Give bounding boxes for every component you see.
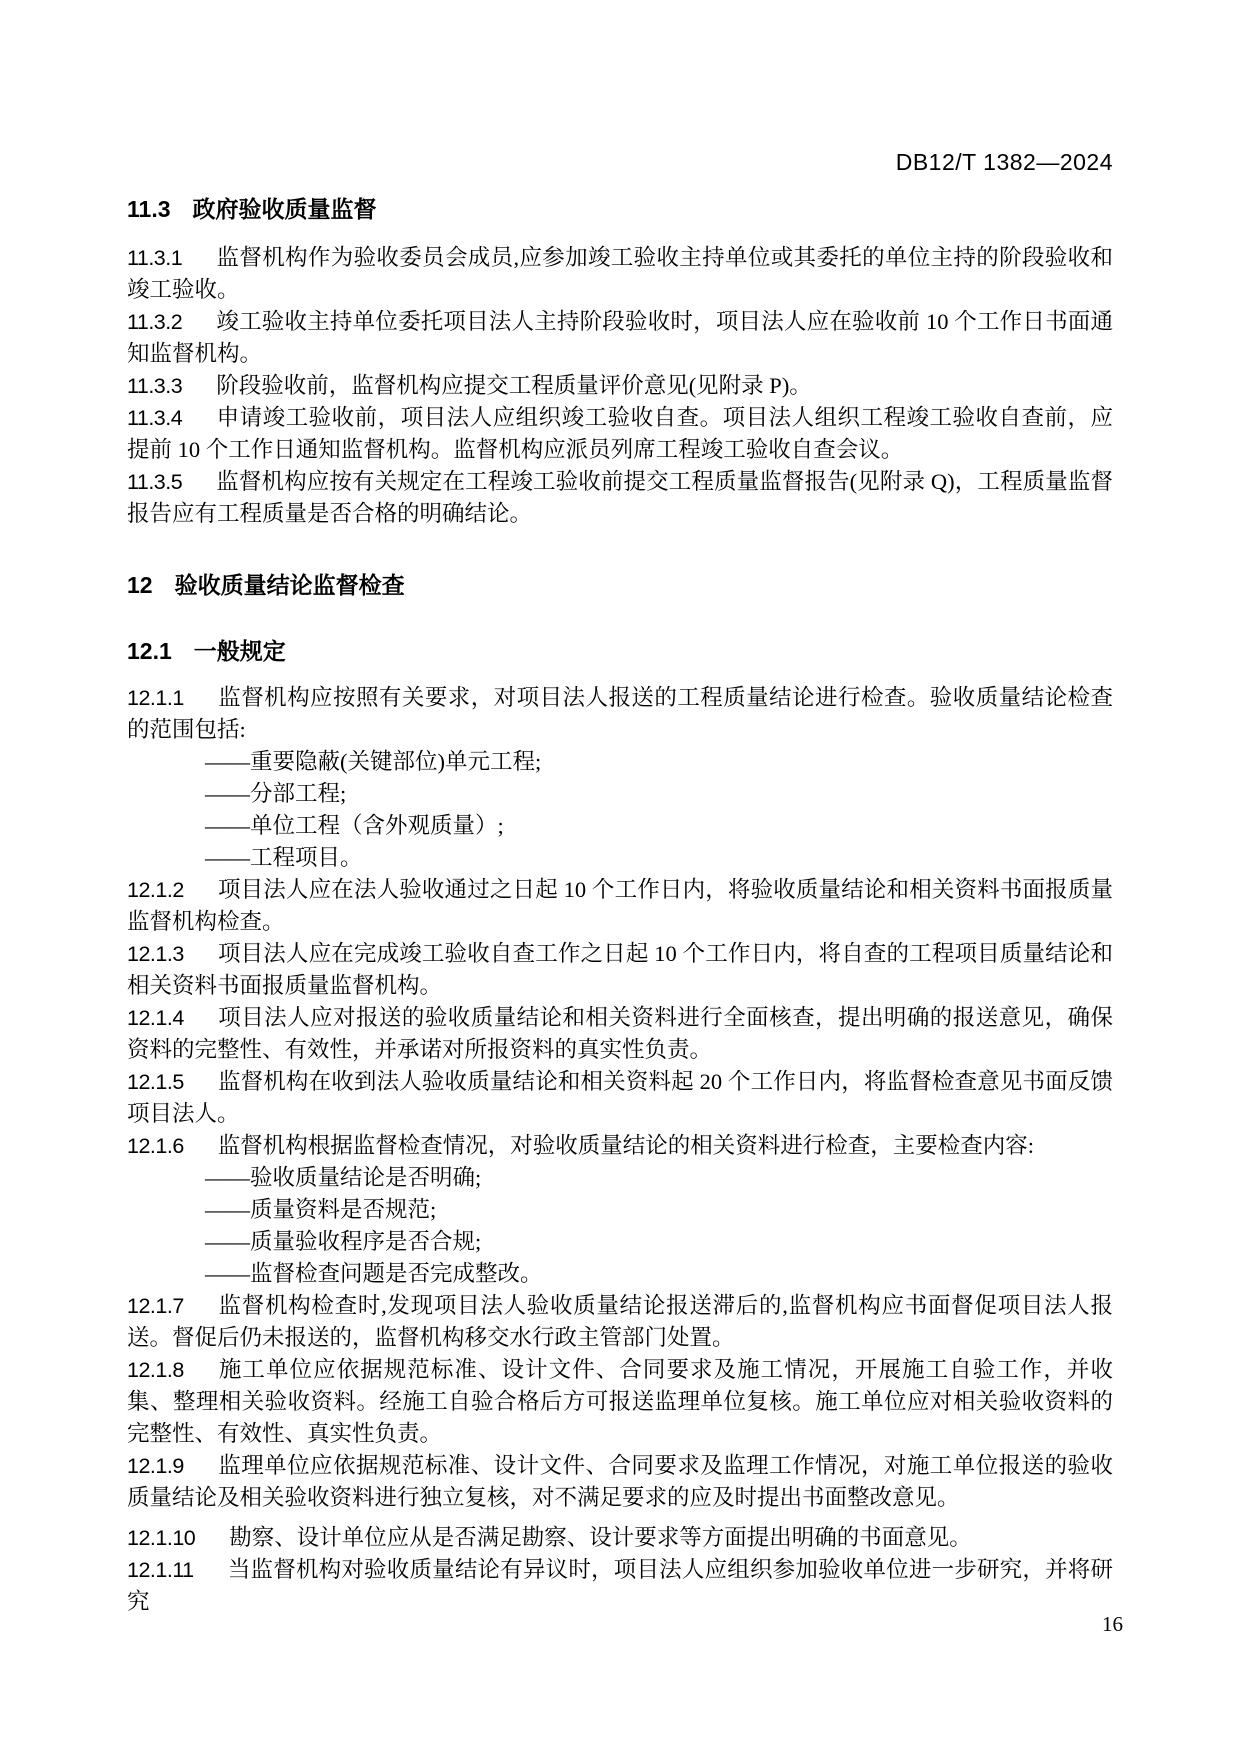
- clause-text: 项目法人应对报送的验收质量结论和相关资料进行全面核查，提出明确的报送意见，确保资…: [127, 1005, 1113, 1062]
- heading-title: 一般规定: [194, 638, 286, 664]
- heading-number: 12.1: [127, 638, 172, 664]
- document-page: DB12/T 1382—2024 11.3政府验收质量监督11.3.1监督机构作…: [0, 0, 1241, 1755]
- document-body: 11.3政府验收质量监督11.3.1监督机构作为验收委员会成员,应参加竣工验收主…: [127, 194, 1113, 1618]
- clause-paragraph: 12.1.1监督机构应按照有关要求，对项目法人报送的工程质量结论进行检查。验收质…: [127, 682, 1113, 746]
- heading-number: 12: [127, 572, 153, 598]
- clause-number: 12.1.4: [127, 1006, 184, 1030]
- section-heading: 11.3政府验收质量监督: [127, 194, 1113, 224]
- clause-number: 11.3.1: [127, 246, 182, 270]
- heading-title: 政府验收质量监督: [193, 196, 377, 222]
- clause-paragraph: 12.1.10勘察、设计单位应从是否满足勘察、设计要求等方面提出明确的书面意见。: [127, 1522, 1113, 1554]
- clause-number: 12.1.8: [127, 1358, 184, 1382]
- clause-number: 12.1.3: [127, 942, 184, 966]
- clause-paragraph: 11.3.4申请竣工验收前，项目法人应组织竣工验收自查。项目法人组织工程竣工验收…: [127, 402, 1113, 466]
- clause-number: 12.1.9: [127, 1454, 184, 1478]
- clause-paragraph: 12.1.7监督机构检查时,发现项目法人验收质量结论报送滞后的,监督机构应书面督…: [127, 1290, 1113, 1354]
- clause-text: 监督机构作为验收委员会成员,应参加竣工验收主持单位或其委托的单位主持的阶段验收和…: [127, 245, 1113, 302]
- clause-paragraph: 11.3.5监督机构应按有关规定在工程竣工验收前提交工程质量监督报告(见附录 Q…: [127, 466, 1113, 530]
- clause-text: 施工单位应依据规范标准、设计文件、合同要求及施工情况，开展施工自验工作，并收集、…: [127, 1357, 1113, 1446]
- clause-paragraph: 12.1.9监理单位应依据规范标准、设计文件、合同要求及监理工作情况，对施工单位…: [127, 1450, 1113, 1514]
- heading-title: 验收质量结论监督检查: [175, 572, 405, 598]
- clause-text: 监督机构检查时,发现项目法人验收质量结论报送滞后的,监督机构应书面督促项目法人报…: [127, 1293, 1113, 1350]
- dash-list-item: ——重要隐蔽(关键部位)单元工程;: [127, 746, 1113, 778]
- dash-list-item: ——验收质量结论是否明确;: [127, 1162, 1113, 1194]
- clause-number: 12.1.1: [127, 686, 184, 710]
- clause-paragraph: 11.3.3阶段验收前，监督机构应提交工程质量评价意见(见附录 P)。: [127, 370, 1113, 402]
- clause-number: 11.3.4: [127, 406, 182, 430]
- clause-text: 竣工验收主持单位委托项目法人主持阶段验收时，项目法人应在验收前 10 个工作日书…: [127, 309, 1113, 366]
- dash-list-item: ——质量资料是否规范;: [127, 1194, 1113, 1226]
- clause-text: 申请竣工验收前，项目法人应组织竣工验收自查。项目法人组织工程竣工验收自查前，应提…: [127, 405, 1113, 462]
- clause-paragraph: 12.1.5监督机构在收到法人验收质量结论和相关资料起 20 个工作日内，将监督…: [127, 1066, 1113, 1130]
- clause-number: 12.1.7: [127, 1294, 184, 1318]
- clause-number: 12.1.5: [127, 1070, 184, 1094]
- section-heading: 12.1一般规定: [127, 636, 1113, 666]
- clause-number: 12.1.6: [127, 1134, 184, 1158]
- clause-paragraph: 11.3.2竣工验收主持单位委托项目法人主持阶段验收时，项目法人应在验收前 10…: [127, 306, 1113, 370]
- clause-number: 12.1.2: [127, 878, 184, 902]
- clause-text: 勘察、设计单位应从是否满足勘察、设计要求等方面提出明确的书面意见。: [229, 1525, 972, 1550]
- dash-list-item: ——工程项目。: [127, 842, 1113, 874]
- clause-paragraph: 12.1.8施工单位应依据规范标准、设计文件、合同要求及施工情况，开展施工自验工…: [127, 1354, 1113, 1450]
- clause-text: 监督机构在收到法人验收质量结论和相关资料起 20 个工作日内，将监督检查意见书面…: [127, 1069, 1113, 1126]
- clause-text: 阶段验收前，监督机构应提交工程质量评价意见(见附录 P)。: [216, 373, 812, 398]
- page-number: 16: [1102, 1612, 1123, 1637]
- clause-text: 项目法人应在完成竣工验收自查工作之日起 10 个工作日内，将自查的工程项目质量结…: [127, 941, 1113, 998]
- clause-paragraph: 12.1.11当监督机构对验收质量结论有异议时，项目法人应组织参加验收单位进一步…: [127, 1554, 1113, 1618]
- clause-number: 12.1.10: [127, 1526, 195, 1550]
- clause-paragraph: 12.1.2项目法人应在法人验收通过之日起 10 个工作日内，将验收质量结论和相…: [127, 874, 1113, 938]
- clause-number: 12.1.11: [127, 1558, 194, 1582]
- dash-list-item: ——单位工程（含外观质量）;: [127, 810, 1113, 842]
- dash-list-item: ——质量验收程序是否合规;: [127, 1226, 1113, 1258]
- dash-list-item: ——分部工程;: [127, 778, 1113, 810]
- clause-paragraph: 12.1.4项目法人应对报送的验收质量结论和相关资料进行全面核查，提出明确的报送…: [127, 1002, 1113, 1066]
- clause-paragraph: 11.3.1监督机构作为验收委员会成员,应参加竣工验收主持单位或其委托的单位主持…: [127, 242, 1113, 306]
- standard-code-header: DB12/T 1382—2024: [127, 150, 1113, 184]
- chapter-heading: 12验收质量结论监督检查: [127, 570, 1113, 600]
- clause-text: 项目法人应在法人验收通过之日起 10 个工作日内，将验收质量结论和相关资料书面报…: [127, 877, 1113, 934]
- clause-text: 监督机构应按照有关要求，对项目法人报送的工程质量结论进行检查。验收质量结论检查的…: [127, 685, 1113, 742]
- clause-number: 11.3.2: [127, 310, 182, 334]
- clause-number: 11.3.3: [127, 374, 182, 398]
- clause-number: 11.3.5: [127, 470, 182, 494]
- heading-number: 11.3: [127, 196, 171, 222]
- dash-list-item: ——监督检查问题是否完成整改。: [127, 1258, 1113, 1290]
- clause-text: 监督机构根据监督检查情况，对验收质量结论的相关资料进行检查，主要检查内容:: [218, 1133, 1034, 1158]
- clause-text: 监理单位应依据规范标准、设计文件、合同要求及监理工作情况，对施工单位报送的验收质…: [127, 1453, 1113, 1510]
- document-content: DB12/T 1382—2024 11.3政府验收质量监督11.3.1监督机构作…: [127, 150, 1113, 1618]
- clause-text: 当监督机构对验收质量结论有异议时，项目法人应组织参加验收单位进一步研究，并将研究: [127, 1557, 1113, 1614]
- clause-text: 监督机构应按有关规定在工程竣工验收前提交工程质量监督报告(见附录 Q)，工程质量…: [127, 469, 1113, 526]
- clause-paragraph: 12.1.3项目法人应在完成竣工验收自查工作之日起 10 个工作日内，将自查的工…: [127, 938, 1113, 1002]
- clause-paragraph: 12.1.6监督机构根据监督检查情况，对验收质量结论的相关资料进行检查，主要检查…: [127, 1130, 1113, 1162]
